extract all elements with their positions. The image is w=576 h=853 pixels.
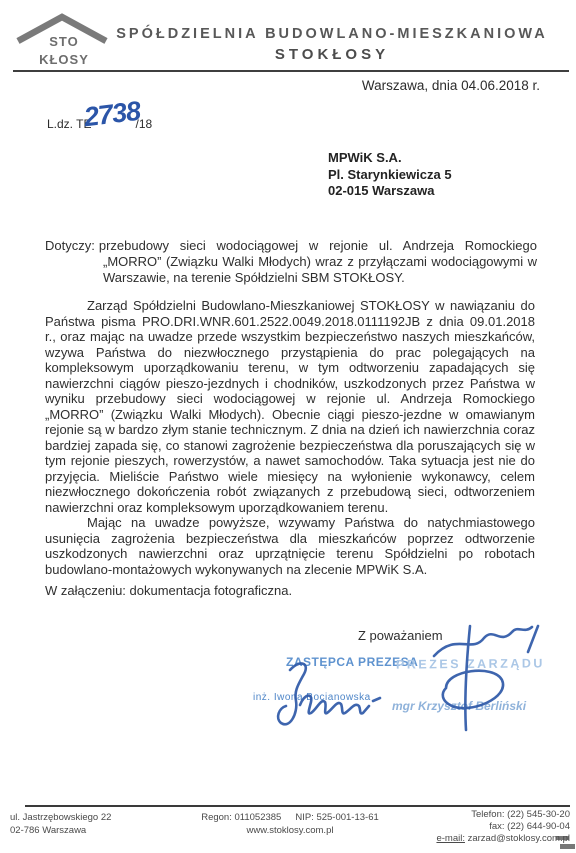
- letter-document: STO KŁOSY SPÓŁDZIELNIA BUDOWLANO-MIESZKA…: [0, 0, 576, 853]
- attachment-note: W załączeniu: dokumentacja fotograficzna…: [45, 583, 292, 598]
- signature-right-icon: [414, 622, 542, 734]
- reference-number: L.dz. TE2738/18: [47, 110, 152, 131]
- body-paragraph-2: Mając na uwadze powyższe, wzywamy Państw…: [45, 515, 535, 577]
- footer-email: zarzad@stoklosy.com.pl: [468, 833, 570, 844]
- footer-nip: NIP: 525-001-13-61: [295, 812, 378, 823]
- footer-divider: [25, 805, 570, 807]
- footer-phone: Telefon: (22) 545-30-20: [436, 809, 570, 821]
- subject-block: Dotyczy:przebudowy sieci wodociągowej w …: [45, 238, 537, 286]
- footer-address: ul. Jastrzębowskiego 22 02-786 Warszawa: [10, 812, 111, 837]
- handwritten-number: 2738: [84, 102, 142, 127]
- recipient-street: Pl. Starynkiewicza 5: [328, 167, 452, 184]
- logo-text-sto: STO: [14, 34, 114, 49]
- footer-email-label: e-mail:: [436, 833, 465, 844]
- footer-regon: Regon: 011052385: [201, 812, 281, 823]
- recipient-block: MPWiK S.A. Pl. Starynkiewicza 5 02-015 W…: [328, 150, 452, 200]
- date-line: Warszawa, dnia 04.06.2018 r.: [362, 78, 540, 93]
- org-logo: STO KŁOSY: [14, 10, 114, 68]
- header-divider: [13, 70, 569, 72]
- footer-website: www.stoklosy.com.pl: [170, 825, 410, 838]
- org-name-line1: SPÓŁDZIELNIA BUDOWLANO-MIESZKANIOWA: [112, 26, 552, 42]
- scan-artifact: [560, 844, 575, 849]
- scan-artifact: [556, 836, 569, 840]
- subject-label: Dotyczy:: [45, 238, 95, 253]
- footer-fax: fax: (22) 644-90-04: [436, 821, 570, 833]
- letter-body: Zarząd Spółdzielni Budowlano-Mieszkaniow…: [45, 298, 535, 577]
- body-paragraph-1: Zarząd Spółdzielni Budowlano-Mieszkaniow…: [45, 298, 535, 515]
- org-name-line2: STOKŁOSY: [112, 46, 552, 63]
- footer-street: ul. Jastrzębowskiego 22: [10, 812, 111, 825]
- footer-contact: Telefon: (22) 545-30-20 fax: (22) 644-90…: [436, 809, 570, 845]
- footer-city: 02-786 Warszawa: [10, 825, 111, 838]
- subject-text: przebudowy sieci wodociągowej w rejonie …: [99, 238, 537, 285]
- signature-left-icon: [268, 656, 386, 734]
- footer-registry: Regon: 011052385NIP: 525-001-13-61 www.s…: [170, 812, 410, 837]
- logo-text-klosy: KŁOSY: [14, 52, 114, 67]
- recipient-city: 02-015 Warszawa: [328, 183, 452, 200]
- recipient-name: MPWiK S.A.: [328, 150, 452, 167]
